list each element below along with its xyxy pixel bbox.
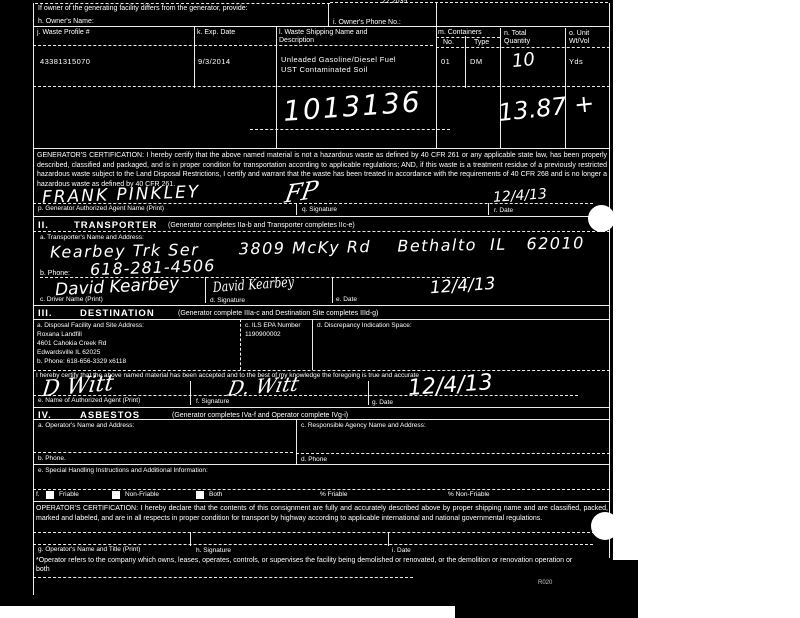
transporter-name-label: a. Transporter's Name and Address: [40,234,144,241]
grid-line [33,407,610,408]
owner-phone-label: i. Owner's Phone No.: [333,19,401,26]
grid-line [565,28,566,148]
discrepancy-label: d. Discrepancy Indication Space: [317,322,412,329]
grid-line [33,148,610,149]
grid-line [33,395,578,396]
both-label: Both [209,491,222,498]
friable-row-label: f. [36,491,40,498]
hole-punch [588,205,615,232]
operator-name-address-label: a. Operator's Name and Address: [38,422,134,429]
asbestos-phone-d-label: d. Phone [301,456,327,463]
pct-nonfriable-label: % Non-Friable [448,491,490,498]
driver-date-label: e. Date [336,296,357,303]
grid-line [33,231,610,232]
operator-footnote-text: *Operator refers to the company which ow… [36,556,584,574]
grid-line [488,203,489,215]
disposal-facility-line2: 4601 Cahokia Creek Rd [37,340,106,347]
grid-line [33,419,610,420]
generator-date-label: r. Date [494,207,513,214]
grid-line [330,2,608,3]
containers-no-label: No. [443,39,454,46]
transporter-section-subtitle: (Generator completes IIa-b and Transport… [168,222,355,229]
conditional-owner-note: If owner of the generating facility diff… [38,5,248,12]
grid-line [33,305,610,306]
transporter-phone-label: b. Phone: [40,270,70,277]
generator-agent-name-label: p. Generator Authorized Agent Name (Prin… [38,205,164,212]
grid-line [296,453,610,454]
total-quantity-handwritten: 10 [511,49,536,72]
grid-line [35,3,330,4]
friable-label: Friable [59,491,79,498]
scanned-manifest-page: 22 2035 If owner of the generating facil… [0,0,800,618]
grid-line [312,319,313,370]
grid-line [33,464,610,465]
grid-line [33,203,593,204]
waste-profile-label: j. Waste Profile # [37,29,90,36]
grid-line [465,36,466,88]
grid-line [609,3,610,558]
generator-certification-text: GENERATOR'S CERTIFICATION: I hereby cert… [37,151,607,189]
asbestos-phone-b-label: b. Phone. [38,455,66,462]
driver-signature-label: d. Signature [210,297,245,304]
unit-wtvol-value: Yds [569,57,583,66]
grid-line [33,544,593,545]
shipping-name-line1: Unleaded Gasoline/Diesel Fuel [281,55,396,64]
special-handling-label: e. Special Handling Instructions and Add… [38,467,208,474]
transporter-section-title: TRANSPORTER [74,220,157,231]
destination-section-number: III. [38,308,53,319]
friable-checkbox [46,491,54,499]
disposal-facility-phone: b. Phone: 618-656-3329 x6118 [37,358,126,365]
grid-line [33,577,413,578]
grid-line [33,3,34,595]
grid-line [328,3,329,26]
waste-profile-value: 43381315070 [40,57,90,66]
grid-line [33,501,610,502]
grid-line [368,381,369,405]
nonfriable-label: Non-Friable [125,491,159,498]
grid-line [276,26,277,148]
epa-number-label: c. ILS EPA Number [245,322,301,329]
exp-date-value: 9/3/2014 [198,57,230,66]
grid-line [500,28,501,148]
destination-section-subtitle: (Generator complete IIIa-c and Destinati… [178,310,378,317]
grid-line [33,216,610,217]
operator-signature-label: h. Signature [196,547,231,554]
containers-no-value: 01 [441,57,450,66]
responsible-agency-label: c. Responsible Agency Name and Address: [301,422,426,429]
grid-line [33,45,433,46]
grid-line [190,381,191,405]
driver-name-label: c. Driver Name (Print) [40,296,103,303]
destination-signature-label: f. Signature [196,398,229,405]
top-edge-fragment: 22 2035 [382,0,407,5]
unit-wtvol-label: o. Unit Wt/Vol [569,30,605,46]
destination-agent-name-label: e. Name of Authorized Agent (Print) [38,397,140,404]
grid-line [33,319,610,320]
disposal-facility-line1: Roxana Landfill [37,331,82,338]
containers-type-label: Type [474,39,489,46]
form-code: R020 [538,580,552,586]
grid-line [332,277,333,303]
exp-date-label: k. Exp. Date [197,29,235,36]
transporter-section-number: II. [38,220,49,231]
shipping-name-line2: UST Contaminated Soil [281,65,368,74]
grid-line [436,3,437,148]
grid-line [33,370,610,371]
grid-line [296,419,297,465]
operator-certification-text: OPERATOR'S CERTIFICATION: I hereby decla… [36,504,608,523]
grid-line [33,452,293,453]
hole-punch [591,512,619,540]
grid-line [205,277,206,303]
grid-line [33,86,610,87]
total-quantity-label: n. Total Quantity [504,30,546,46]
operator-name-title-label: g. Operator's Name and Title (Print) [38,546,140,553]
shipping-name-label: l. Waste Shipping Name and Description [279,29,399,45]
grid-line [296,203,297,215]
pct-friable-label: % Friable [320,491,347,498]
grid-line [33,532,610,533]
generator-signature-label: q. Signature [302,206,337,213]
both-checkbox [196,491,204,499]
grid-line [240,319,241,370]
grid-line [33,489,610,490]
asbestos-section-subtitle: (Generator completes IVa-f and Operator … [172,412,348,419]
owner-name-label: h. Owner's Name: [38,18,94,25]
disposal-facility-label: a. Disposal Facility and Site Address: [37,322,144,329]
destination-section-title: DESTINATION [80,308,155,319]
grid-line [436,47,610,48]
grid-line [436,37,500,38]
epa-number-value: 1190900002 [245,331,281,338]
containers-label: m. Containers [438,29,482,36]
containers-type-value: DM [470,57,482,66]
nonfriable-checkbox [112,491,120,499]
grid-line [194,26,195,88]
destination-date-label: g. Date [372,399,393,406]
operator-date-label: i. Date [392,547,411,554]
grid-line [33,26,610,27]
disposal-facility-line3: Edwardsville IL 62025 [37,349,100,356]
grid-line [250,129,450,130]
